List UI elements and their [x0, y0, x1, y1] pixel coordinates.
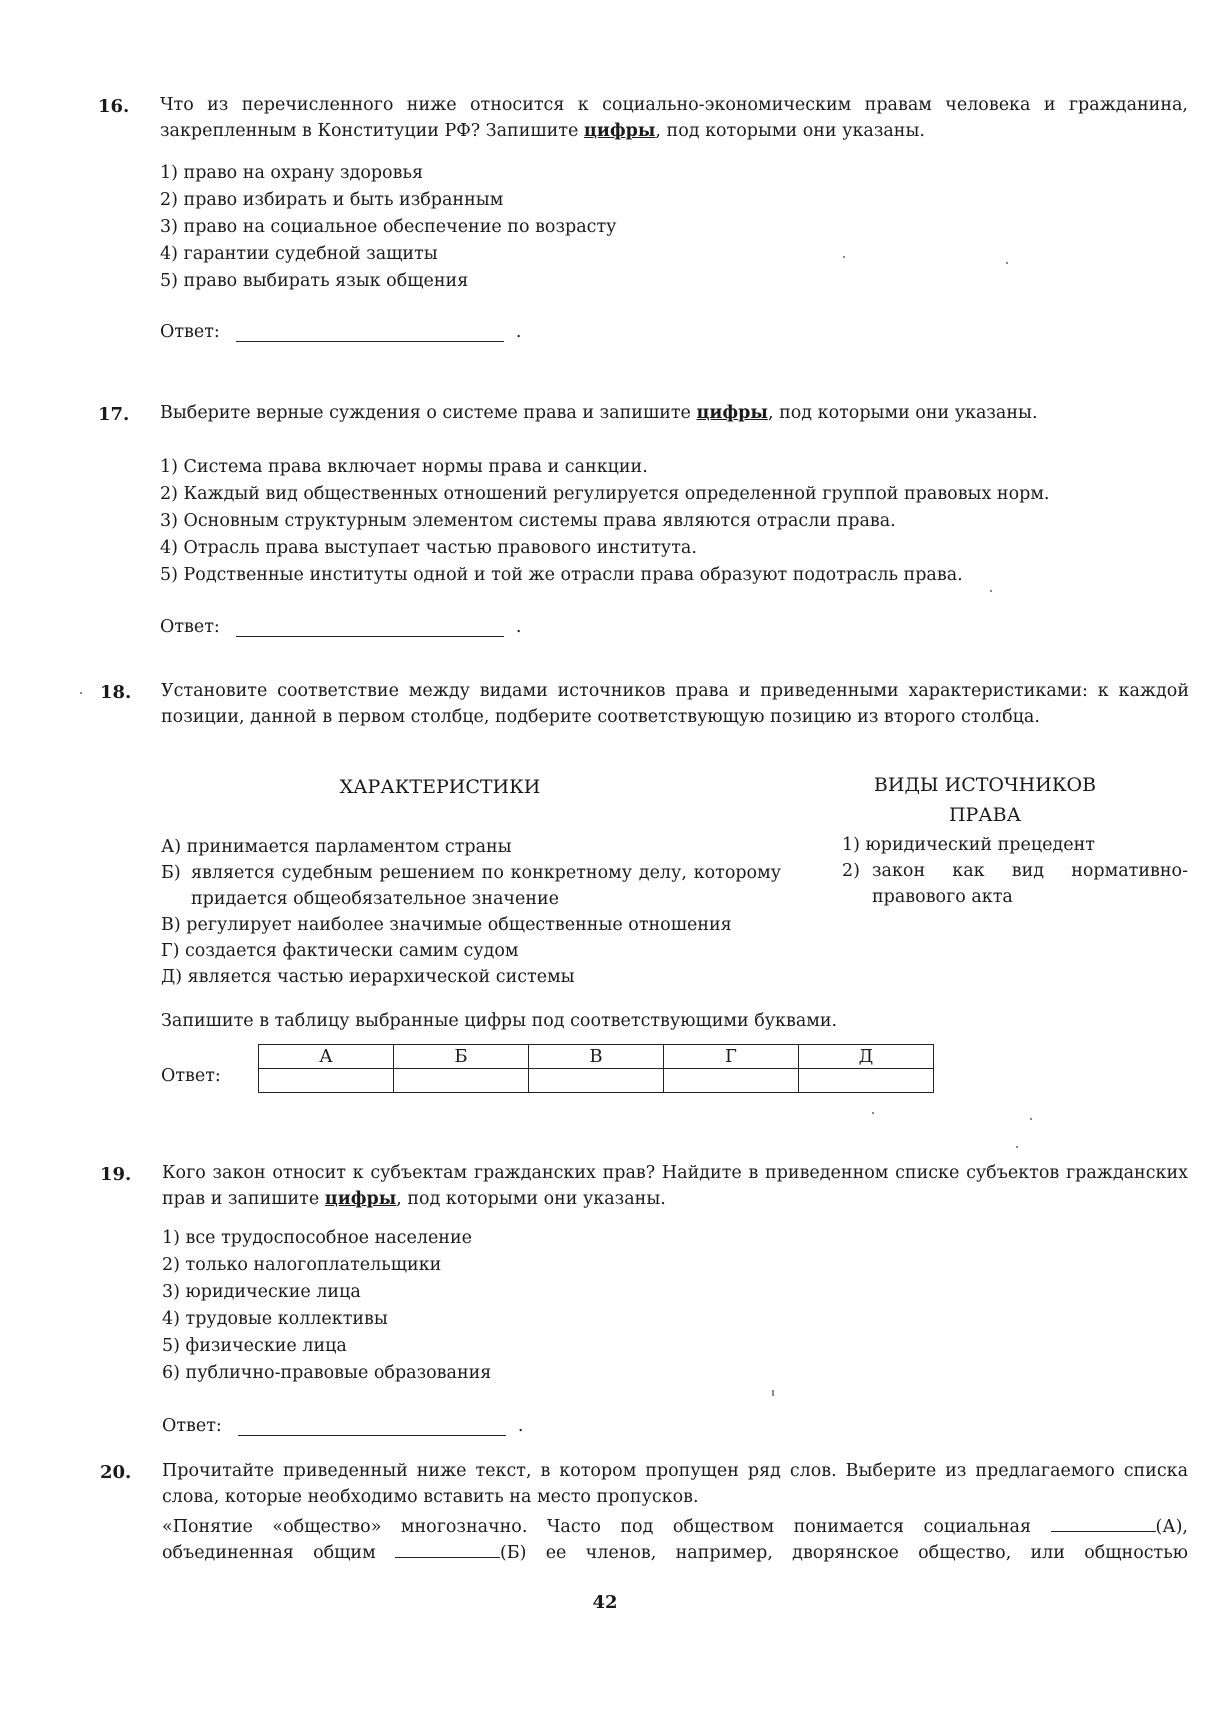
question-16-prompt: Что из перечисленного ниже относится к с…	[160, 92, 1188, 144]
option-item: 3) юридические лица	[162, 1279, 361, 1305]
source-item: 1) юридический прецедент	[842, 832, 1095, 858]
page-number: 42	[0, 1592, 1210, 1613]
question-16-answer: Ответ: .	[160, 322, 521, 342]
period: .	[518, 1416, 524, 1436]
answer-label: Ответ:	[160, 617, 220, 637]
prompt-text-end: , под которыми они указаны.	[396, 1189, 666, 1209]
source-item: 2) закон как вид нормативно-правового ак…	[842, 858, 1188, 910]
table-header-cell: А	[259, 1045, 394, 1069]
option-item: 2) только налогоплательщики	[162, 1252, 441, 1278]
answer-table: А Б В Г Д	[258, 1044, 934, 1093]
sources-header-line1: ВИДЫ ИСТОЧНИКОВ	[840, 774, 1130, 796]
prompt-text-end: , под которыми они указаны.	[655, 121, 925, 141]
item-text: является судебным решением по конкретном…	[191, 860, 781, 912]
question-19-number: 19.	[100, 1164, 131, 1185]
question-19-prompt: Кого закон относит к субъектам гражданск…	[162, 1160, 1188, 1212]
item-text: является частью иерархической системы	[188, 967, 575, 987]
emphasis-digits: цифры	[325, 1189, 396, 1209]
characteristics-header: ХАРАКТЕРИСТИКИ	[300, 776, 580, 798]
answer-cell-b[interactable]	[394, 1069, 529, 1093]
characteristic-item: Б) является судебным решением по конкрет…	[161, 860, 781, 912]
blank-b[interactable]	[395, 1541, 500, 1558]
question-20-prompt: Прочитайте приведенный ниже текст, в кот…	[162, 1458, 1188, 1510]
table-instruction: Запишите в таблицу выбранные цифры под с…	[161, 1008, 837, 1034]
emphasis-digits: цифры	[584, 121, 655, 141]
option-item: 4) гарантии судебной защиты	[160, 241, 438, 267]
option-item: 5) Родственные институты одной и той же …	[160, 562, 963, 588]
table-header-cell: Д	[799, 1045, 934, 1069]
option-item: 1) право на охрану здоровья	[160, 160, 423, 186]
question-16-number: 16.	[98, 96, 129, 117]
item-text: создается фактически самим судом	[185, 941, 519, 961]
item-text: юридический прецедент	[866, 835, 1095, 855]
passage-text: «Понятие «общество» многозначно. Часто п…	[162, 1517, 1051, 1537]
option-item: 5) право выбирать язык общения	[160, 268, 468, 294]
characteristic-item: Д) является частью иерархической системы	[161, 964, 575, 990]
table-header-cell: Г	[664, 1045, 799, 1069]
item-key: А)	[161, 837, 181, 857]
sources-header-line2: ПРАВА	[840, 804, 1130, 826]
period: .	[516, 322, 522, 342]
item-key: Д)	[161, 967, 182, 987]
option-item: 1) все трудоспособное население	[162, 1225, 472, 1251]
item-key: В)	[161, 915, 181, 935]
prompt-text: Кого закон относит к субъектам гражданск…	[162, 1163, 1188, 1209]
characteristic-item: Г) создается фактически самим судом	[161, 938, 519, 964]
prompt-text-end: , под которыми они указаны.	[768, 403, 1038, 423]
table-header-row: А Б В Г Д	[259, 1045, 934, 1069]
option-item: 3) право на социальное обеспечение по во…	[160, 214, 616, 240]
option-item: 4) трудовые коллективы	[162, 1306, 388, 1332]
item-key: Б)	[161, 860, 191, 912]
blank-b-label: (Б) ее членов, например, дворянское обще…	[500, 1543, 1188, 1563]
prompt-text: Выберите верные суждения о системе права…	[160, 403, 696, 423]
option-item: 1) Система права включает нормы права и …	[160, 454, 648, 480]
answer-cell-g[interactable]	[664, 1069, 799, 1093]
question-19-answer: Ответ: .	[162, 1416, 523, 1436]
option-item: 2) право избирать и быть избранным	[160, 187, 503, 213]
answer-cell-d[interactable]	[799, 1069, 934, 1093]
option-item: 3) Основным структурным элементом систем…	[160, 508, 896, 534]
question-17-number: 17.	[98, 404, 129, 425]
item-text: закон как вид нормативно-правового акта	[872, 858, 1188, 910]
question-18-prompt: Установите соответствие между видами ист…	[161, 678, 1189, 730]
item-key: Г)	[161, 941, 179, 961]
option-item: 6) публично-правовые образования	[162, 1360, 491, 1386]
answer-field[interactable]	[236, 323, 504, 342]
answer-field[interactable]	[236, 618, 504, 637]
passage-text: объединенная общим	[162, 1543, 395, 1563]
answer-field[interactable]	[238, 1417, 506, 1436]
characteristic-item: В) регулирует наиболее значимые обществе…	[161, 912, 732, 938]
characteristic-item: А) принимается парламентом страны	[161, 834, 512, 860]
question-20-number: 20.	[100, 1462, 131, 1483]
blank-a[interactable]	[1051, 1515, 1156, 1532]
table-answer-row	[259, 1069, 934, 1093]
answer-label: Ответ:	[162, 1416, 222, 1436]
blank-a-label: (А),	[1156, 1517, 1188, 1537]
question-17-answer: Ответ: .	[160, 617, 521, 637]
table-header-cell: Б	[394, 1045, 529, 1069]
question-18-number: 18.	[100, 682, 131, 703]
item-key: 1)	[842, 835, 860, 855]
option-item: 2) Каждый вид общественных отношений рег…	[160, 481, 1050, 507]
item-key: 2)	[842, 858, 872, 910]
table-header-cell: В	[529, 1045, 664, 1069]
answer-cell-v[interactable]	[529, 1069, 664, 1093]
option-item: 5) физические лица	[162, 1333, 347, 1359]
option-item: 4) Отрасль права выступает частью правов…	[160, 535, 697, 561]
question-20-passage-line1: «Понятие «общество» многозначно. Часто п…	[162, 1514, 1188, 1540]
item-text: регулирует наиболее значимые общественны…	[186, 915, 731, 935]
question-20-passage-line2: объединенная общим (Б) ее членов, наприм…	[162, 1540, 1188, 1566]
item-text: принимается парламентом страны	[187, 837, 512, 857]
question-17-prompt: Выберите верные суждения о системе права…	[160, 400, 1188, 426]
answer-label: Ответ:	[160, 322, 220, 342]
emphasis-digits: цифры	[696, 403, 767, 423]
answer-cell-a[interactable]	[259, 1069, 394, 1093]
period: .	[516, 617, 522, 637]
answer-label: Ответ:	[161, 1066, 221, 1086]
